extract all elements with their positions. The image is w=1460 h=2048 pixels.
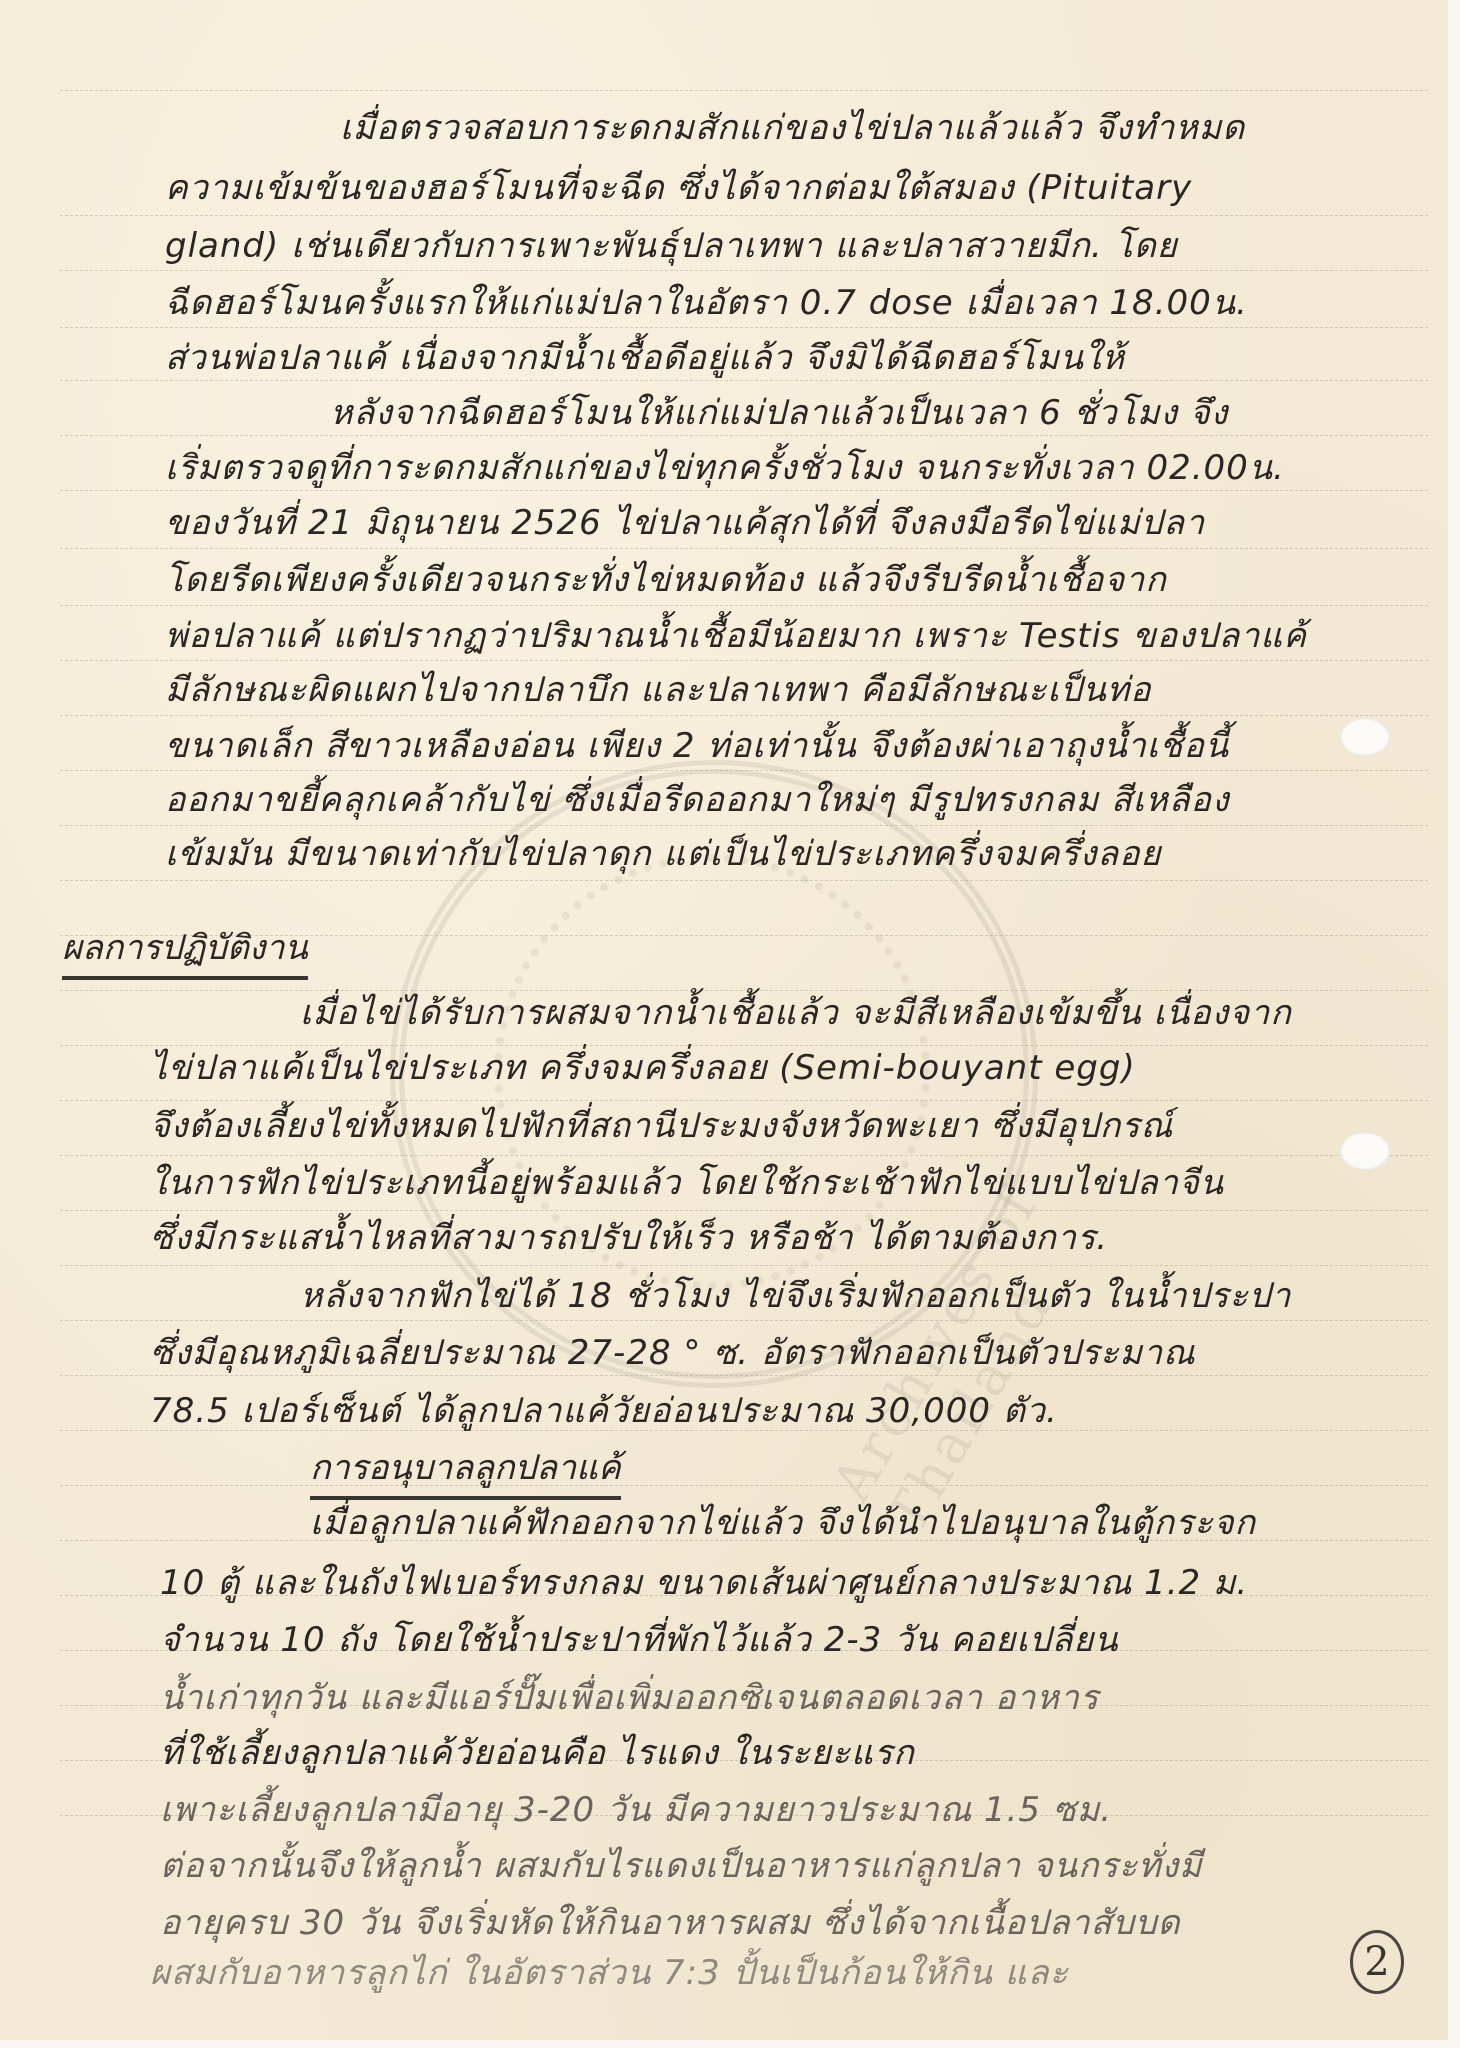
text-line: น้ำเก่าทุกวัน และมีแอร์ปั๊มเพื่อเพิ่มออก… — [160, 1670, 1099, 1724]
text-line: ซึ่งมีอุณหภูมิเฉลี่ยประมาณ 27-28 ° ซ. อั… — [150, 1325, 1196, 1379]
text-line: ขนาดเล็ก สีขาวเหลืองอ่อน เพียง 2 ท่อเท่า… — [165, 718, 1229, 772]
text-line: ในการฟักไข่ประเภทนี้อยู่พร้อมแล้ว โดยใช้… — [150, 1155, 1224, 1209]
text-line: เมื่อไข่ได้รับการผสมจากน้ำเชื้อแล้ว จะมี… — [300, 985, 1292, 1039]
text-line: 78.5 เปอร์เซ็นต์ ได้ลูกปลาแค้วัยอ่อนประม… — [150, 1383, 1058, 1437]
text-line: เมื่อตรวจสอบการะดกมสักแก่ของไข่ปลาแล้วแล… — [340, 100, 1245, 154]
text-line: จำนวน 10 ถัง โดยใช้น้ำประปาที่พักไว้แล้ว… — [160, 1612, 1119, 1666]
text-line: ต่อจากนั้นจึงให้ลูกน้ำ ผสมกับไรแดงเป็นอา… — [160, 1838, 1203, 1892]
section-heading: การอนุบาลลูกปลาแค้ — [310, 1440, 621, 1500]
text-line: พ่อปลาแค้ แต่ปรากฏว่าปริมาณน้ำเชื้อมีน้อ… — [165, 608, 1307, 662]
text-line: จึงต้องเลี้ยงไข่ทั้งหมดไปฟักที่สถานีประม… — [150, 1098, 1173, 1152]
text-line: เริ่มตรวจดูที่การะดกมสักแก่ของไข่ทุกครั้… — [165, 440, 1285, 494]
hole-punch — [1340, 718, 1390, 756]
text-line: หลังจากฉีดฮอร์โมนให้แก่แม่ปลาแล้วเป็นเวล… — [330, 385, 1228, 439]
text-line: เพาะเลี้ยงลูกปลามีอายุ 3-20 วัน มีความยา… — [160, 1782, 1112, 1836]
text-line: เมื่อลูกปลาแค้ฟักออกจากไข่แล้ว จึงได้นำไ… — [310, 1495, 1256, 1549]
document-page: Archives of Thailand เมื่อตรวจสอบการะดกม… — [0, 0, 1448, 2040]
text-line: มีลักษณะผิดแผกไปจากปลาบึก และปลาเทพา คือ… — [165, 662, 1152, 716]
text-line: gland) เช่นเดียวกับการเพาะพันธุ์ปลาเทพา … — [165, 218, 1178, 272]
rule-line — [60, 90, 1428, 91]
text-line: ซึ่งมีกระแสน้ำไหลที่สามารถปรับให้เร็ว หร… — [150, 1210, 1108, 1264]
text-line: 10 ตู้ และในถังไฟเบอร์ทรงกลม ขนาดเส้นผ่า… — [160, 1555, 1248, 1609]
text-line: ส่วนพ่อปลาแค้ เนื่องจากมีน้ำเชื้อดีอยู่แ… — [165, 330, 1125, 384]
text-line: ของวันที่ 21 มิถุนายน 2526 ไข่ปลาแค้สุกไ… — [165, 495, 1205, 549]
text-line: ฉีดฮอร์โมนครั้งแรกให้แก่แม่ปลาในอัตรา 0.… — [165, 275, 1248, 329]
text-line: ผสมกับอาหารลูกไก่ ในอัตราส่วน 7:3 ปั้นเป… — [150, 1945, 1069, 1999]
scan-right-edge — [1448, 0, 1460, 2048]
scan-bottom-edge — [0, 2040, 1460, 2048]
page-number-circle: 2 — [1350, 1930, 1404, 1994]
text-line: ที่ใช้เลี้ยงลูกปลาแค้วัยอ่อนคือ ไรแดง ใน… — [160, 1725, 915, 1779]
text-line: อายุครบ 30 วัน จึงเริ่มหัดให้กินอาหารผสม… — [160, 1895, 1181, 1949]
hole-punch — [1340, 1132, 1390, 1170]
text-line: ความเข้มข้นของฮอร์โมนที่จะฉีด ซึ่งได้จาก… — [165, 160, 1192, 214]
section-heading: ผลการปฏิบัติงาน — [62, 920, 308, 980]
text-line: ไข่ปลาแค้เป็นไข่ประเภท ครึ่งจมครึ่งลอย (… — [150, 1040, 1136, 1094]
rule-line — [60, 215, 1428, 216]
rule-line — [60, 1485, 1428, 1486]
text-line: หลังจากฟักไข่ได้ 18 ชั่วโมง ไข่จึงเริ่มฟ… — [300, 1268, 1291, 1322]
text-line: เข้มมัน มีขนาดเท่ากับไข่ปลาดุก แต่เป็นไข… — [165, 826, 1161, 880]
text-line: ออกมาขยี้คลุกเคล้ากับไข่ ซึ่งเมื่อรีดออก… — [165, 772, 1230, 826]
text-line: โดยรีดเพียงครั้งเดียวจนกระทั่งไข่หมดท้อง… — [165, 552, 1167, 606]
